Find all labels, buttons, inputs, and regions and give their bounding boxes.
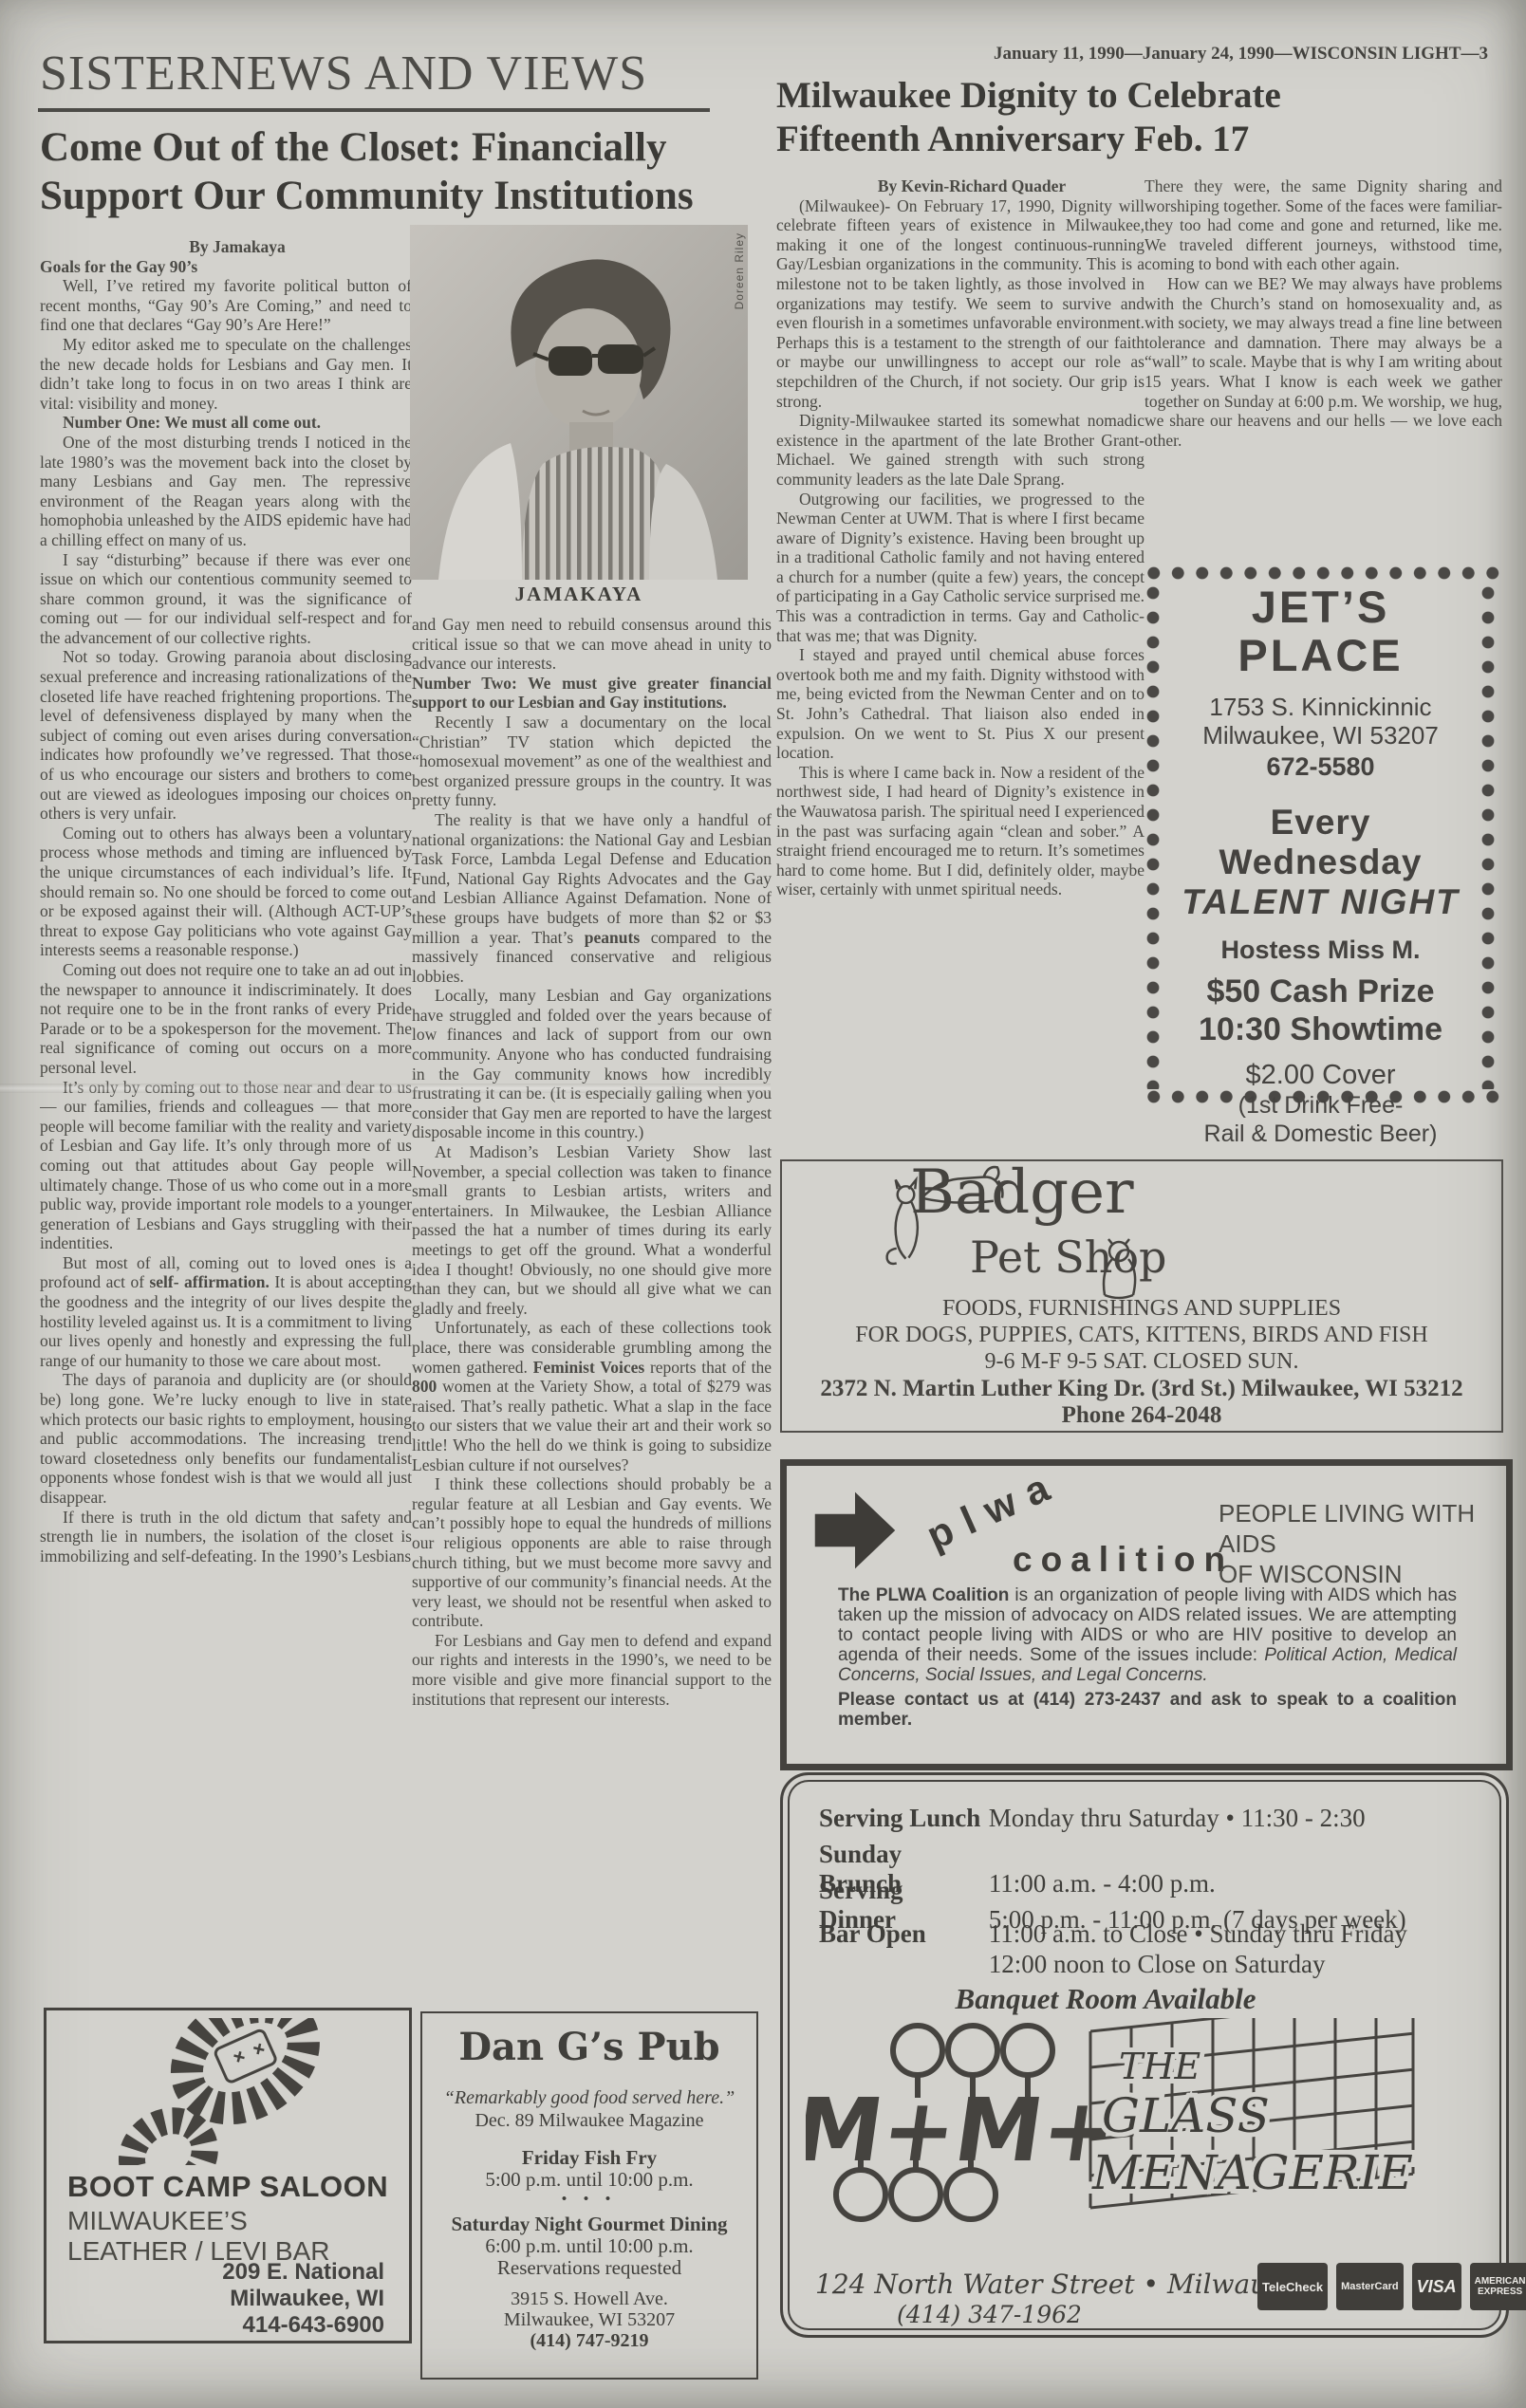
divider-dots: • • • <box>422 2192 756 2208</box>
article1-subhead-one: Number One: We must all come out. <box>40 413 412 433</box>
menagerie-phone: (414) 347-1962 <box>897 2301 1082 2328</box>
paragraph: and Gay men need to rebuild consensus ar… <box>412 615 772 674</box>
paragraph: Locally, many Lesbian and Gay organizati… <box>412 986 772 1142</box>
schedule-label: Serving Lunch <box>819 1804 982 1833</box>
logo-menagerie-text: MENAGERIE <box>1091 2145 1413 2200</box>
ad-plwa-coalition: plwa coalition PEOPLE LIVING WITH AIDS O… <box>780 1459 1513 1770</box>
badger-logo-word: Badger <box>910 1158 1134 1228</box>
badger-supplies-line: FOODS, FURNISHINGS AND SUPPLIES <box>782 1296 1501 1322</box>
arrow-right-icon <box>810 1485 901 1576</box>
plwa-body: The PLWA Coalition is an organization of… <box>838 1585 1457 1730</box>
mm-logo-text: M+M+ <box>806 2079 1123 2180</box>
dang-phone: (414) 747-9219 <box>422 2330 756 2352</box>
plwa-body-lead: The PLWA Coalition <box>838 1585 1009 1605</box>
jets-prize: $50 Cash Prize <box>1170 972 1471 1010</box>
jets-name-line2: PLACE <box>1170 631 1471 679</box>
article1-headline: Come Out of the Closet: Financially Supp… <box>40 123 757 220</box>
paragraph: Dignity-Milwaukee started its somewhat n… <box>776 411 1144 489</box>
bootcamp-phone: 414-643-6900 <box>222 2312 384 2339</box>
article1-column-1: By Jamakaya Goals for the Gay 90’s Well,… <box>40 237 412 2004</box>
paragraph: Not so today. Growing paranoia about dis… <box>40 647 412 823</box>
paragraph: I think these collections should probabl… <box>412 1474 772 1631</box>
dang-quote: “Remarkably good food served here.” <box>422 2087 756 2109</box>
amex-badge: AMERICAN EXPRESS <box>1470 2263 1526 2310</box>
ad-badger-pet-shop: Badger Pet Shop FOODS, FURNISHINGS AND S… <box>780 1159 1503 1433</box>
jets-address: 1753 S. Kinnickinnic Milwaukee, WI 53207 <box>1170 693 1471 750</box>
jets-drink-note-line2: Rail & Domestic Beer) <box>1170 1120 1471 1148</box>
jets-address-line2: Milwaukee, WI 53207 <box>1170 721 1471 750</box>
paragraph: One of the most disturbing trends I noti… <box>40 433 412 550</box>
article1-column-2: and Gay men need to rebuild consensus ar… <box>412 615 772 2006</box>
paragraph: But most of all, coming out to loved one… <box>40 1253 412 1371</box>
paragraph: The reality is that we have only a handf… <box>412 810 772 986</box>
paragraph: For Lesbians and Gay men to defend and e… <box>412 1631 772 1709</box>
ad-glass-menagerie: Serving Lunch Monday thru Saturday • 11:… <box>780 1772 1509 2338</box>
bootprint-illustration <box>75 2018 369 2165</box>
photo-caption: JAMAKAYA <box>410 583 748 606</box>
jets-showtime: 10:30 Showtime <box>1170 1010 1471 1048</box>
photo-credit: Doreen Riley <box>733 232 746 309</box>
dang-quote-source: Dec. 89 Milwaukee Magazine <box>422 2110 756 2132</box>
section-rule <box>38 108 710 112</box>
badger-logo-petshop: Pet Shop <box>970 1232 1167 1283</box>
paper-crease <box>0 1084 771 1093</box>
badger-animals-line: FOR DOGS, PUPPIES, CATS, KITTENS, BIRDS … <box>782 1323 1501 1348</box>
bootcamp-address: 209 E. National Milwaukee, WI 414-643-69… <box>222 2259 384 2339</box>
plwa-header: PEOPLE LIVING WITH AIDS OF WISCONSIN <box>1219 1498 1506 1589</box>
paragraph: The days of paranoia and duplicity are (… <box>40 1370 412 1507</box>
jets-hostess: Hostess Miss M. <box>1170 935 1471 965</box>
jets-cover: $2.00 Cover <box>1170 1060 1471 1091</box>
telecheck-badge: TeleCheck <box>1257 2263 1328 2310</box>
paragraph: This is where I came back in. Now a resi… <box>776 763 1144 899</box>
paragraph: There they were, the same Dignity sharin… <box>1144 176 1502 274</box>
emphasis-feminist-voices: Feminist Voices <box>533 1358 645 1377</box>
article2-headline-line2: Fifteenth Anniversary Feb. 17 <box>776 118 1501 161</box>
banquet-note: Banquet Room Available <box>878 1982 1333 2016</box>
dang-event1-time: 5:00 p.m. until 10:00 p.m. <box>422 2168 756 2192</box>
schedule-value: 11:00 a.m. to Close • Sunday thru Friday <box>989 1919 1407 1948</box>
menagerie-address: 124 North Water Street • Milwaukee <box>815 2269 1314 2300</box>
newspaper-page: SISTERNEWS AND VIEWS January 11, 1990—Ja… <box>0 0 1526 2408</box>
jets-phone: 672-5580 <box>1170 752 1471 782</box>
dang-address-line1: 3915 S. Howell Ave. <box>422 2288 756 2310</box>
paragraph: I stayed and prayed until chemical abuse… <box>776 645 1144 763</box>
dang-event2-time: 6:00 p.m. until 10:00 p.m. <box>422 2234 756 2258</box>
bootcamp-address-line1: 209 E. National <box>222 2259 384 2286</box>
plwa-body-paragraph: The PLWA Coalition is an organization of… <box>838 1585 1457 1685</box>
ad-dan-gs-pub: Dan G’s Pub “Remarkably good food served… <box>420 2011 758 2380</box>
jamakaya-portrait-illustration <box>410 225 748 580</box>
article1-headline-line2: Support Our Community Institutions <box>40 172 757 220</box>
jets-address-line1: 1753 S. Kinnickinnic <box>1170 693 1471 721</box>
jets-event-line2: TALENT NIGHT <box>1170 882 1471 922</box>
visa-badge: VISA <box>1412 2263 1461 2310</box>
bootcamp-subtitle1: MILWAUKEE’S <box>67 2206 248 2236</box>
bootcamp-address-line2: Milwaukee, WI <box>222 2286 384 2312</box>
badger-hours-line: 9-6 M-F 9-5 SAT. CLOSED SUN. <box>782 1349 1501 1375</box>
payment-badges: TeleCheck MasterCard VISA AMERICAN EXPRE… <box>1257 2263 1526 2310</box>
paragraph: I say “disturbing” because if there was … <box>40 550 412 648</box>
article2-byline: By Kevin-Richard Quader <box>776 176 1144 196</box>
schedule-row: 12:00 noon to Close on Saturday <box>819 1950 1325 1979</box>
jets-ad-content: JET’S PLACE 1753 S. Kinnickinnic Milwauk… <box>1170 583 1471 1148</box>
paragraph-text: reports that of the <box>644 1358 772 1377</box>
paragraph: How can we BE? We may always have proble… <box>1144 274 1502 450</box>
article2-headline-line1: Milwaukee Dignity to Celebrate <box>776 74 1501 118</box>
logo-the-text: THE <box>1119 2046 1200 2087</box>
bootcamp-title: BOOT CAMP SALOON <box>67 2170 388 2204</box>
dang-reservations-note: Reservations requested <box>422 2256 756 2280</box>
paragraph: Recently I saw a documentary on the loca… <box>412 713 772 810</box>
emphasis-800: 800 <box>412 1377 437 1396</box>
paragraph: At Madison’s Lesbian Variety Show last N… <box>412 1142 772 1318</box>
emphasis-self-affirmation: self- affirmation. <box>149 1272 269 1291</box>
paragraph: Coming out to others has always been a v… <box>40 824 412 960</box>
schedule-value: Monday thru Saturday • 11:30 - 2:30 <box>989 1804 1366 1832</box>
schedule-row: Bar Open 11:00 a.m. to Close • Sunday th… <box>819 1919 1407 1949</box>
paragraph-text: women at the Variety Show, a total of $2… <box>412 1377 772 1473</box>
article2-column-2: There they were, the same Dignity sharin… <box>1144 176 1502 554</box>
paragraph: It’s only by coming out to those near an… <box>40 1078 412 1253</box>
paragraph: Unfortunately, as each of these collecti… <box>412 1318 772 1474</box>
paragraph: (Milwaukee)- On February 17, 1990, Digni… <box>776 196 1144 412</box>
dang-event1: Friday Fish Fry <box>422 2146 756 2170</box>
plwa-logo-coalition: coalition <box>1013 1540 1234 1580</box>
plwa-header-line1: PEOPLE LIVING WITH AIDS <box>1219 1498 1506 1559</box>
badger-address: 2372 N. Martin Luther King Dr. (3rd St.)… <box>782 1376 1501 1402</box>
dang-title: Dan G’s Pub <box>422 2025 756 2069</box>
section-header: SISTERNEWS AND VIEWS <box>40 46 647 102</box>
dang-address-line2: Milwaukee, WI 53207 <box>422 2309 756 2331</box>
paragraph-text: The reality is that we have only a handf… <box>412 810 772 947</box>
schedule-value: 12:00 noon to Close on Saturday <box>989 1950 1326 1978</box>
page-dateline: January 11, 1990—January 24, 1990—WISCON… <box>854 44 1488 65</box>
article1-subhead-two: Number Two: We must give greater financi… <box>412 674 772 713</box>
ad-boot-camp-saloon: BOOT CAMP SALOON MILWAUKEE’S LEATHER / L… <box>44 2008 412 2343</box>
paragraph: Coming out does not require one to take … <box>40 960 412 1078</box>
badger-phone: Phone 264-2048 <box>782 1402 1501 1429</box>
glass-menagerie-logo: M+M+ THE GLASS MENAGERIE <box>806 2018 1423 2227</box>
article2-headline: Milwaukee Dignity to Celebrate Fifteenth… <box>776 74 1501 161</box>
jets-name-line1: JET’S <box>1170 583 1471 631</box>
plwa-contact: Please contact us at (414) 273-2437 and … <box>838 1690 1457 1730</box>
schedule-row: Serving Lunch Monday thru Saturday • 11:… <box>819 1804 1366 1833</box>
paragraph: Well, I’ve retired my favorite political… <box>40 276 412 335</box>
photo-jamakaya: Doreen Riley <box>410 225 748 580</box>
dotted-border-right <box>1477 581 1499 1089</box>
dang-event2: Saturday Night Gourmet Dining <box>422 2213 756 2236</box>
mastercard-badge: MasterCard <box>1336 2263 1404 2310</box>
jets-event-line1: Every Wednesday <box>1170 803 1471 882</box>
schedule-label: Bar Open <box>819 1919 982 1949</box>
article2-column-1: By Kevin-Richard Quader (Milwaukee)- On … <box>776 176 1144 1137</box>
ad-jets-place: JET’S PLACE 1753 S. Kinnickinnic Milwauk… <box>1142 562 1499 1108</box>
article1-byline: By Jamakaya <box>40 237 412 257</box>
jets-drink-note-line1: (1st Drink Free- <box>1170 1091 1471 1120</box>
dotted-border-left <box>1142 581 1164 1089</box>
paragraph: Outgrowing our facilities, we progressed… <box>776 490 1144 646</box>
emphasis-peanuts: peanuts <box>585 928 640 947</box>
logo-glass-text: GLASS <box>1102 2088 1270 2143</box>
article1-headline-line1: Come Out of the Closet: Financially <box>40 123 757 172</box>
paragraph: My editor asked me to speculate on the c… <box>40 335 412 413</box>
article1-subhead-goals: Goals for the Gay 90’s <box>40 257 412 277</box>
paragraph: If there is truth in the old dictum that… <box>40 1508 412 1566</box>
